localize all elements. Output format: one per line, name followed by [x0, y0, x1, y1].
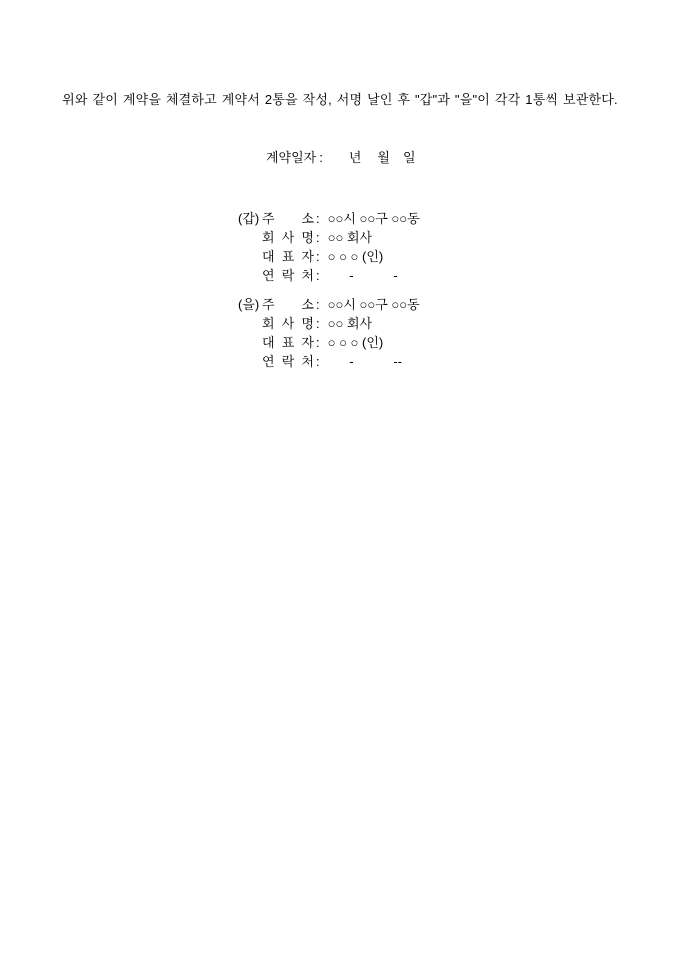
year-label: 년	[349, 150, 362, 165]
company-name-label: 회 사 명	[262, 314, 314, 333]
representative-value: ○ ○ ○ (인)	[328, 335, 384, 350]
representative-colon: :	[316, 249, 320, 264]
contact-value: - --	[328, 354, 402, 369]
company-name-colon: :	[316, 316, 320, 331]
party-eul-rows: 주 소:○○시 ○○구 ○○동 회 사 명:○○ 회사 대 표 자:○ ○ ○ …	[262, 295, 420, 371]
representative-colon: :	[316, 335, 320, 350]
contact-colon: :	[316, 268, 320, 283]
contract-date-label: 계약일자	[266, 150, 316, 165]
company-name-value: ○○ 회사	[328, 316, 372, 331]
contact-colon: :	[316, 354, 320, 369]
party-gap-rows: 주 소:○○시 ○○구 ○○동 회 사 명:○○ 회사 대 표 자:○ ○ ○ …	[262, 209, 420, 285]
company-name-colon: :	[316, 230, 320, 245]
address-row: 주 소:○○시 ○○구 ○○동	[262, 295, 420, 314]
representative-label: 대 표 자	[262, 247, 314, 266]
day-label: 일	[403, 150, 416, 165]
contact-label: 연 락 처	[262, 266, 314, 285]
closing-statement: 위와 같이 계약을 체결하고 계약서 2통을 작성, 서명 날인 후 "갑"과 …	[0, 92, 680, 108]
contact-value: - -	[328, 268, 398, 283]
contract-date-line: 계약일자:년월일	[266, 148, 416, 167]
party-gap-block: (갑) 주 소:○○시 ○○구 ○○동 회 사 명:○○ 회사 대 표 자:○ …	[238, 209, 420, 285]
contract-date-colon: :	[319, 150, 323, 165]
party-eul-designation: (을)	[238, 295, 259, 314]
address-value: ○○시 ○○구 ○○동	[328, 297, 420, 312]
address-colon: :	[316, 211, 320, 226]
address-label: 주 소	[262, 209, 314, 228]
contact-row: 연 락 처: - -	[262, 266, 420, 285]
company-name-value: ○○ 회사	[328, 230, 372, 245]
representative-label: 대 표 자	[262, 333, 314, 352]
contact-label: 연 락 처	[262, 352, 314, 371]
representative-value: ○ ○ ○ (인)	[328, 249, 384, 264]
address-value: ○○시 ○○구 ○○동	[328, 211, 420, 226]
company-name-row: 회 사 명:○○ 회사	[262, 314, 420, 333]
month-label: 월	[377, 150, 390, 165]
address-colon: :	[316, 297, 320, 312]
address-row: 주 소:○○시 ○○구 ○○동	[262, 209, 420, 228]
address-label: 주 소	[262, 295, 314, 314]
party-gap-designation: (갑)	[238, 209, 259, 228]
representative-row: 대 표 자:○ ○ ○ (인)	[262, 247, 420, 266]
company-name-label: 회 사 명	[262, 228, 314, 247]
contract-document-page: 위와 같이 계약을 체결하고 계약서 2통을 작성, 서명 날인 후 "갑"과 …	[0, 0, 680, 962]
representative-row: 대 표 자:○ ○ ○ (인)	[262, 333, 420, 352]
party-eul-block: (을) 주 소:○○시 ○○구 ○○동 회 사 명:○○ 회사 대 표 자:○ …	[238, 295, 420, 371]
contact-row: 연 락 처: - --	[262, 352, 420, 371]
company-name-row: 회 사 명:○○ 회사	[262, 228, 420, 247]
